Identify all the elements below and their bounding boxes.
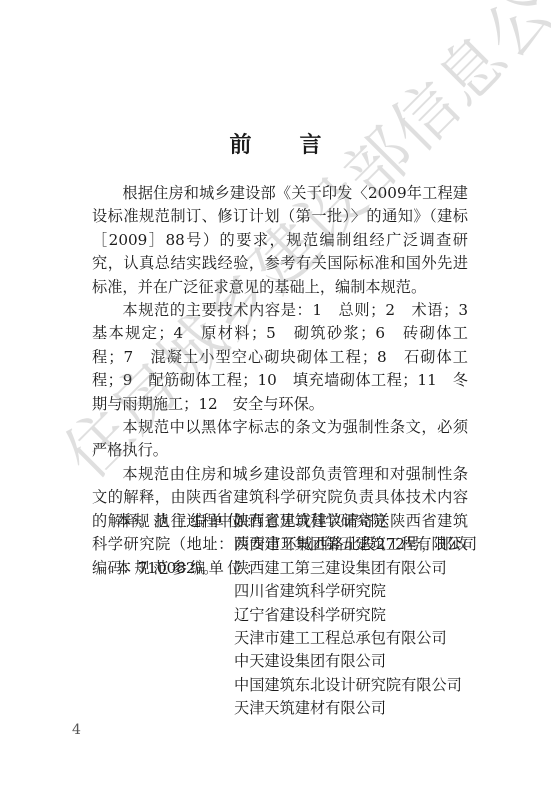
participating-unit: 中国建筑东北设计研究院有限公司 [234,674,462,697]
participating-unit: 天津市建工工程总承包有限公司 [234,627,447,650]
participating-row-3: 辽宁省建设科学研究院 [116,604,477,627]
participating-label: 本规范参编单位： [116,557,234,580]
chief-editor-row-2: 陕西建工集团第五建筑工程有限公司 [116,533,477,556]
units-list: 本规范主编单位： 陕西省建筑科学研究院 陕西建工集团第五建筑工程有限公司 本规范… [116,510,477,721]
participating-unit: 天津天筑建材有限公司 [234,697,386,720]
page-title: 前言 [0,128,551,159]
chief-editor-row: 本规范主编单位： 陕西省建筑科学研究院 [116,510,477,533]
participating-unit: 四川省建筑科学研究院 [234,580,386,603]
participating-row-2: 四川省建筑科学研究院 [116,580,477,603]
participating-row-6: 中国建筑东北设计研究院有限公司 [116,674,477,697]
document-page: 前言 根据住房和城乡建设部《关于印发〈2009年工程建设标准规范制订、修订计划（… [0,0,551,798]
chief-editor-unit: 陕西省建筑科学研究院 [234,510,386,533]
participating-row: 本规范参编单位： 陕西建工第三建设集团有限公司 [116,557,477,580]
participating-unit: 辽宁省建设科学研究院 [234,604,386,627]
paragraph-contents: 本规范的主要技术内容是：1 总则；2 术语；3 基本规定；4 原材料；5 砌筑砂… [92,299,468,416]
page-number: 4 [72,722,81,738]
participating-row-7: 天津天筑建材有限公司 [116,697,477,720]
chief-editor-unit: 陕西建工集团第五建筑工程有限公司 [234,533,477,556]
participating-row-5: 中天建设集团有限公司 [116,650,477,673]
title-char-1: 前 [229,128,251,159]
participating-unit: 陕西建工第三建设集团有限公司 [234,557,447,580]
title-char-2: 言 [300,128,322,159]
participating-row-4: 天津市建工工程总承包有限公司 [116,627,477,650]
chief-editor-label: 本规范主编单位： [116,510,234,533]
paragraph-background: 根据住房和城乡建设部《关于印发〈2009年工程建设标准规范制订、修订计划（第一批… [92,182,468,299]
paragraph-mandatory: 本规范中以黑体字标志的条文为强制性条文，必须严格执行。 [92,416,468,463]
participating-unit: 中天建设集团有限公司 [234,650,386,673]
